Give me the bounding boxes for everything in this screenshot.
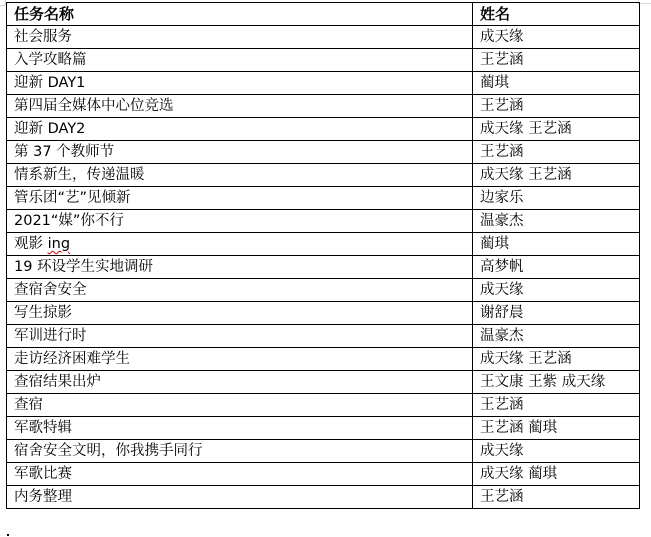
table-row: 写生掠影 谢舒晨 <box>7 302 640 325</box>
name-cell[interactable]: 王艺涵 蔺琪 <box>473 417 640 440</box>
name-cell[interactable]: 成天缘 <box>473 279 640 302</box>
name-cell[interactable]: 成天缘 王艺涵 <box>473 348 640 371</box>
table-row: 社会服务 成天缘 <box>7 26 640 49</box>
paragraph-mark <box>7 534 9 536</box>
header-task-name[interactable]: 任务名称 <box>7 3 473 26</box>
table-row: 军训进行时 温豪杰 <box>7 325 640 348</box>
table-row: 观影 ing 蔺琪 <box>7 233 640 256</box>
name-cell[interactable]: 边家乐 <box>473 187 640 210</box>
name-cell[interactable]: 温豪杰 <box>473 210 640 233</box>
name-cell[interactable]: 王文康 王紫 成天缘 <box>473 371 640 394</box>
task-cell[interactable]: 军歌特辑 <box>7 417 473 440</box>
task-cell[interactable]: 19 环设学生实地调研 <box>7 256 473 279</box>
table-row: 第四届全媒体中心位竞选 王艺涵 <box>7 95 640 118</box>
name-cell[interactable]: 成天缘 <box>473 26 640 49</box>
header-person-name[interactable]: 姓名 <box>473 3 640 26</box>
task-cell[interactable]: 社会服务 <box>7 26 473 49</box>
table-header-row: 任务名称 姓名 <box>7 3 640 26</box>
name-cell[interactable]: 王艺涵 <box>473 486 640 509</box>
spellcheck-underlined-word[interactable]: ing <box>48 236 70 252</box>
table-row: 查宿结果出炉 王文康 王紫 成天缘 <box>7 371 640 394</box>
task-cell[interactable]: 情系新生，传递温暖 <box>7 164 473 187</box>
table-row: 管乐团“艺”见倾新 边家乐 <box>7 187 640 210</box>
table-row: 军歌特辑 王艺涵 蔺琪 <box>7 417 640 440</box>
task-cell[interactable]: 军歌比赛 <box>7 463 473 486</box>
task-cell[interactable]: 第四届全媒体中心位竞选 <box>7 95 473 118</box>
task-cell[interactable]: 入学攻略篇 <box>7 49 473 72</box>
name-cell[interactable]: 王艺涵 <box>473 49 640 72</box>
table-row: 19 环设学生实地调研 高梦帆 <box>7 256 640 279</box>
table-row: 入学攻略篇 王艺涵 <box>7 49 640 72</box>
task-cell[interactable]: 迎新 DAY1 <box>7 72 473 95</box>
task-cell[interactable]: 管乐团“艺”见倾新 <box>7 187 473 210</box>
task-cell[interactable]: 2021“媒”你不行 <box>7 210 473 233</box>
table-row: 情系新生，传递温暖 成天缘 王艺涵 <box>7 164 640 187</box>
task-cell[interactable]: 军训进行时 <box>7 325 473 348</box>
table-row: 走访经济困难学生 成天缘 王艺涵 <box>7 348 640 371</box>
name-cell[interactable]: 成天缘 蔺琪 <box>473 463 640 486</box>
name-cell[interactable]: 王艺涵 <box>473 95 640 118</box>
name-cell[interactable]: 温豪杰 <box>473 325 640 348</box>
task-cell[interactable]: 写生掠影 <box>7 302 473 325</box>
task-cell[interactable]: 宿舍安全文明，你我携手同行 <box>7 440 473 463</box>
name-cell[interactable]: 谢舒晨 <box>473 302 640 325</box>
table-row: 宿舍安全文明，你我携手同行 成天缘 <box>7 440 640 463</box>
task-cell[interactable]: 内务整理 <box>7 486 473 509</box>
name-cell[interactable]: 成天缘 <box>473 440 640 463</box>
task-assignment-table: 任务名称 姓名 社会服务 成天缘 入学攻略篇 王艺涵 迎新 DAY1 蔺琪 第四… <box>6 2 640 509</box>
table-row: 查宿 王艺涵 <box>7 394 640 417</box>
name-cell[interactable]: 王艺涵 <box>473 394 640 417</box>
table-row: 内务整理 王艺涵 <box>7 486 640 509</box>
name-cell[interactable]: 王艺涵 <box>473 141 640 164</box>
table-row: 军歌比赛 成天缘 蔺琪 <box>7 463 640 486</box>
name-cell[interactable]: 成天缘 王艺涵 <box>473 118 640 141</box>
task-text-prefix: 观影 <box>14 236 48 252</box>
name-cell[interactable]: 成天缘 王艺涵 <box>473 164 640 187</box>
task-cell[interactable]: 查宿舍安全 <box>7 279 473 302</box>
task-cell[interactable]: 查宿结果出炉 <box>7 371 473 394</box>
name-cell[interactable]: 高梦帆 <box>473 256 640 279</box>
table-row: 第 37 个教师节 王艺涵 <box>7 141 640 164</box>
name-cell[interactable]: 蔺琪 <box>473 233 640 256</box>
task-cell[interactable]: 第 37 个教师节 <box>7 141 473 164</box>
name-cell[interactable]: 蔺琪 <box>473 72 640 95</box>
table-row: 查宿舍安全 成天缘 <box>7 279 640 302</box>
task-cell[interactable]: 走访经济困难学生 <box>7 348 473 371</box>
table-row: 迎新 DAY1 蔺琪 <box>7 72 640 95</box>
task-cell[interactable]: 观影 ing <box>7 233 473 256</box>
task-cell[interactable]: 迎新 DAY2 <box>7 118 473 141</box>
table-row: 2021“媒”你不行 温豪杰 <box>7 210 640 233</box>
document-page: 任务名称 姓名 社会服务 成天缘 入学攻略篇 王艺涵 迎新 DAY1 蔺琪 第四… <box>0 0 651 537</box>
table-row: 迎新 DAY2 成天缘 王艺涵 <box>7 118 640 141</box>
task-cell[interactable]: 查宿 <box>7 394 473 417</box>
